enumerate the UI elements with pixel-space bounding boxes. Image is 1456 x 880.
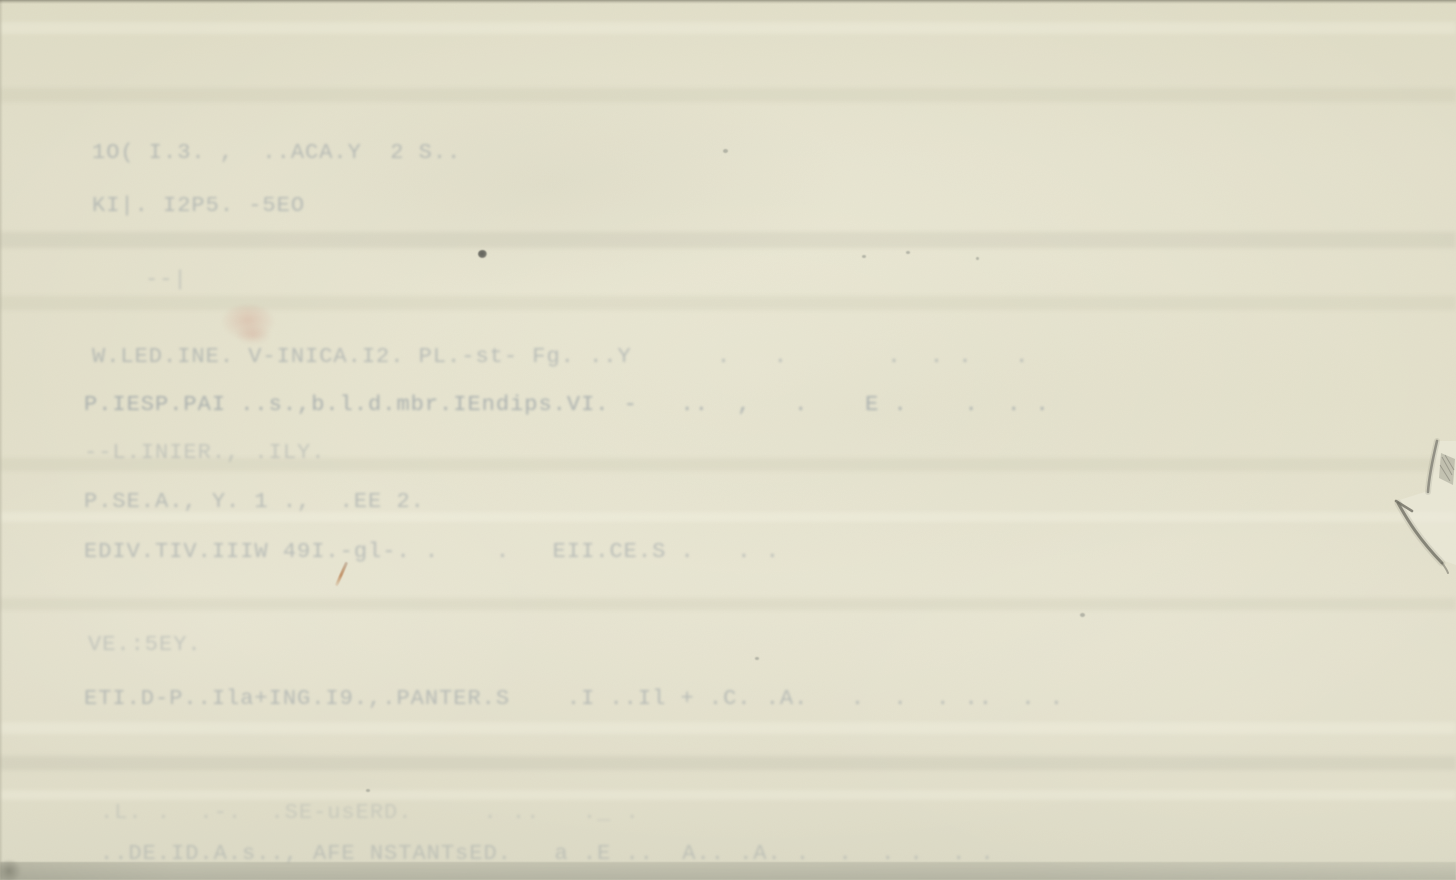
paper-speck <box>723 149 728 153</box>
scan-band <box>0 790 1456 800</box>
paper-tear-crease <box>1386 415 1456 615</box>
paper-speck <box>862 255 866 258</box>
bleed-through-text-line: VE.:5EY. <box>88 633 202 656</box>
scan-band <box>0 88 1456 102</box>
scanned-document-page: 1O( I.3. , ..ACA.Y 2 S.. KI|. I2P5. -5EO… <box>0 0 1456 880</box>
scan-band <box>0 756 1456 770</box>
paper-speck <box>755 657 759 660</box>
bleed-through-text-line: --| <box>145 268 188 291</box>
paper-speck <box>366 789 370 792</box>
pink-smudge-stain <box>236 326 270 344</box>
scan-band <box>0 296 1456 310</box>
bleed-through-text-line: EDIV.TIV.IIIW 49I.-gl-. . . EII.CE.S . .… <box>84 540 780 563</box>
bleed-through-text-line: 1O( I.3. , ..ACA.Y 2 S.. <box>92 141 461 164</box>
paper-speck <box>906 251 910 254</box>
scan-band <box>0 22 1456 34</box>
bleed-through-text-line: P.SE.A., Y. 1 ., .EE 2. <box>84 490 425 513</box>
bleed-through-text-line: --L.INIER., .ILY. <box>84 441 325 464</box>
scan-band <box>0 232 1456 248</box>
ink-dot-stain <box>478 250 487 258</box>
paper-speck <box>1080 613 1085 617</box>
bleed-through-text-line: P.IESP.PAI ..s.,b.l.d.mbr.IEndips.VI. - … <box>84 393 1050 416</box>
bleed-through-text-line: KI|. I2P5. -5EO <box>92 194 305 217</box>
rust-fiber-mark <box>335 562 348 587</box>
scan-band <box>0 598 1456 610</box>
scan-band <box>0 722 1456 734</box>
bleed-through-text-line: .L. . .-. .SE-usERD. . .. ._ . <box>100 801 640 824</box>
paper-corner-shadow <box>0 860 22 880</box>
paper-speck <box>976 257 979 260</box>
bleed-through-text-line: W.LED.INE. V-INICA.I2. PL.-st- Fg. ..Y .… <box>92 345 1029 368</box>
paper-bottom-edge <box>0 862 1456 880</box>
bleed-through-text-line: ETI.D-P..Ila+ING.I9.,.PANTER.S .I ..Il +… <box>84 687 1064 710</box>
paper-top-edge <box>0 0 1456 4</box>
pink-smudge-stain <box>222 305 274 339</box>
paper-left-edge <box>0 0 3 880</box>
